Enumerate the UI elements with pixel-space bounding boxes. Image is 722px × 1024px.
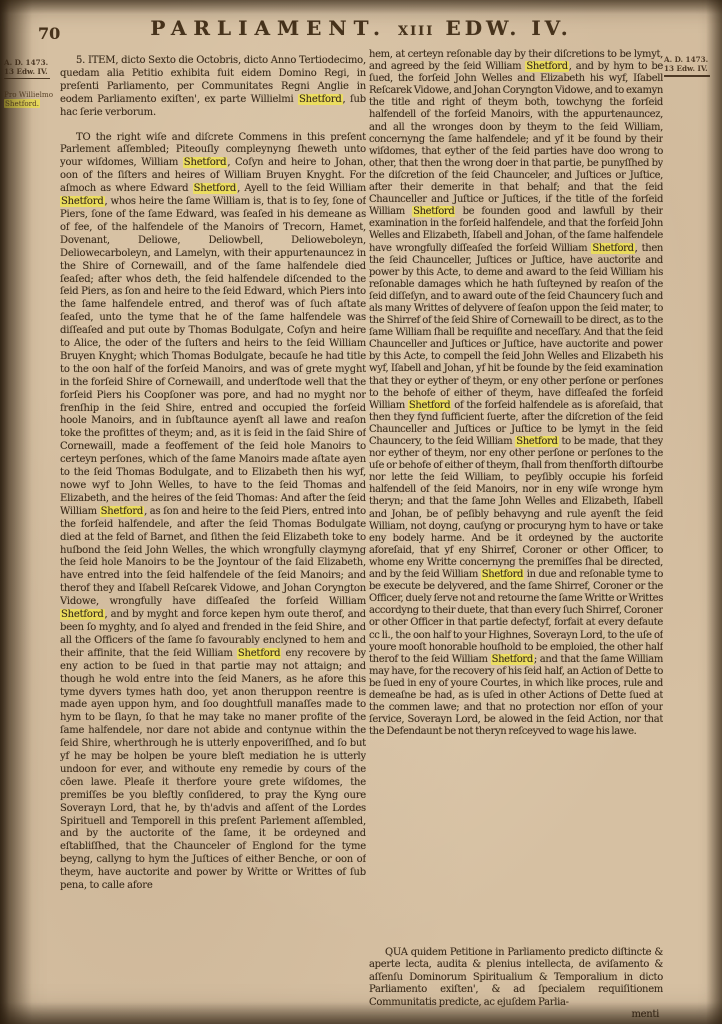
margin-regnal-line: 13 Edw. IV. [4, 67, 58, 76]
margin-rule [664, 75, 710, 77]
highlighted-term: Shetford [408, 400, 451, 411]
closing-latin-block: QUA quidem Petitione in Parliamento pred… [369, 947, 663, 1019]
right-text-column: hem, at certeyn reſonable day by their d… [369, 49, 663, 941]
header-regnal-roman: XIII [392, 24, 440, 39]
margin-date-line: A. D. 1473. [4, 58, 58, 67]
left-text-column: 5. ITEM, dicto Sexto die Octobris, dicto… [60, 55, 366, 1007]
margin-note-pro: Pro Willielmo [4, 90, 58, 99]
left-margin-notes: A. D. 1473. 13 Edw. IV. Pro Willielmo Sh… [4, 58, 58, 108]
highlighted-term: Shetford [525, 61, 568, 72]
highlighted-term: Shetford [481, 569, 524, 580]
highlighted-term: Shetford [515, 436, 558, 447]
petition-paragraph-right: hem, at certeyn reſonable day by their d… [369, 49, 663, 738]
highlighted-term: Shetford [60, 609, 105, 620]
scanned-document-page: 70 PARLIAMENT. XIII EDW. IV. A. D. 1473.… [0, 0, 722, 1024]
right-margin-notes: A. D. 1473. 13 Edw. IV. [664, 55, 719, 77]
margin-regnal-line: 13 Edw. IV. [664, 64, 719, 73]
highlighted-term: Shetford [183, 157, 228, 168]
latin-intro-paragraph: 5. ITEM, dicto Sexto die Octobris, dicto… [60, 55, 366, 120]
margin-rule [4, 78, 50, 79]
highlighted-term: Shetford [491, 654, 534, 665]
running-header: PARLIAMENT. XIII EDW. IV. [0, 16, 722, 40]
qua-paragraph-host: QUA quidem Petitione in Parliamento pred… [369, 947, 663, 1009]
highlighted-term: Shetford [412, 206, 455, 217]
header-king: EDW. IV. [445, 16, 571, 40]
highlighted-term: Shetford [100, 506, 145, 517]
margin-date-line: A. D. 1473. [664, 55, 719, 64]
margin-note-name: Shetford. [4, 99, 58, 108]
highlighted-term: Shetford [237, 648, 282, 659]
highlighted-term: Shetford [298, 94, 343, 105]
header-title: PARLIAMENT. [150, 16, 387, 40]
highlighted-term: Shetford [60, 196, 105, 207]
highlighted-term: Shetford [591, 243, 634, 254]
highlighted-term: Shetford. [4, 99, 40, 108]
qua-latin-paragraph: QUA quidem Petitione in Parliamento pred… [369, 947, 663, 1009]
highlighted-term: Shetford [193, 183, 238, 194]
petition-paragraph-left: TO the right wiſe and diſcrete Commens i… [60, 132, 366, 893]
catchword: menti [369, 1009, 663, 1019]
